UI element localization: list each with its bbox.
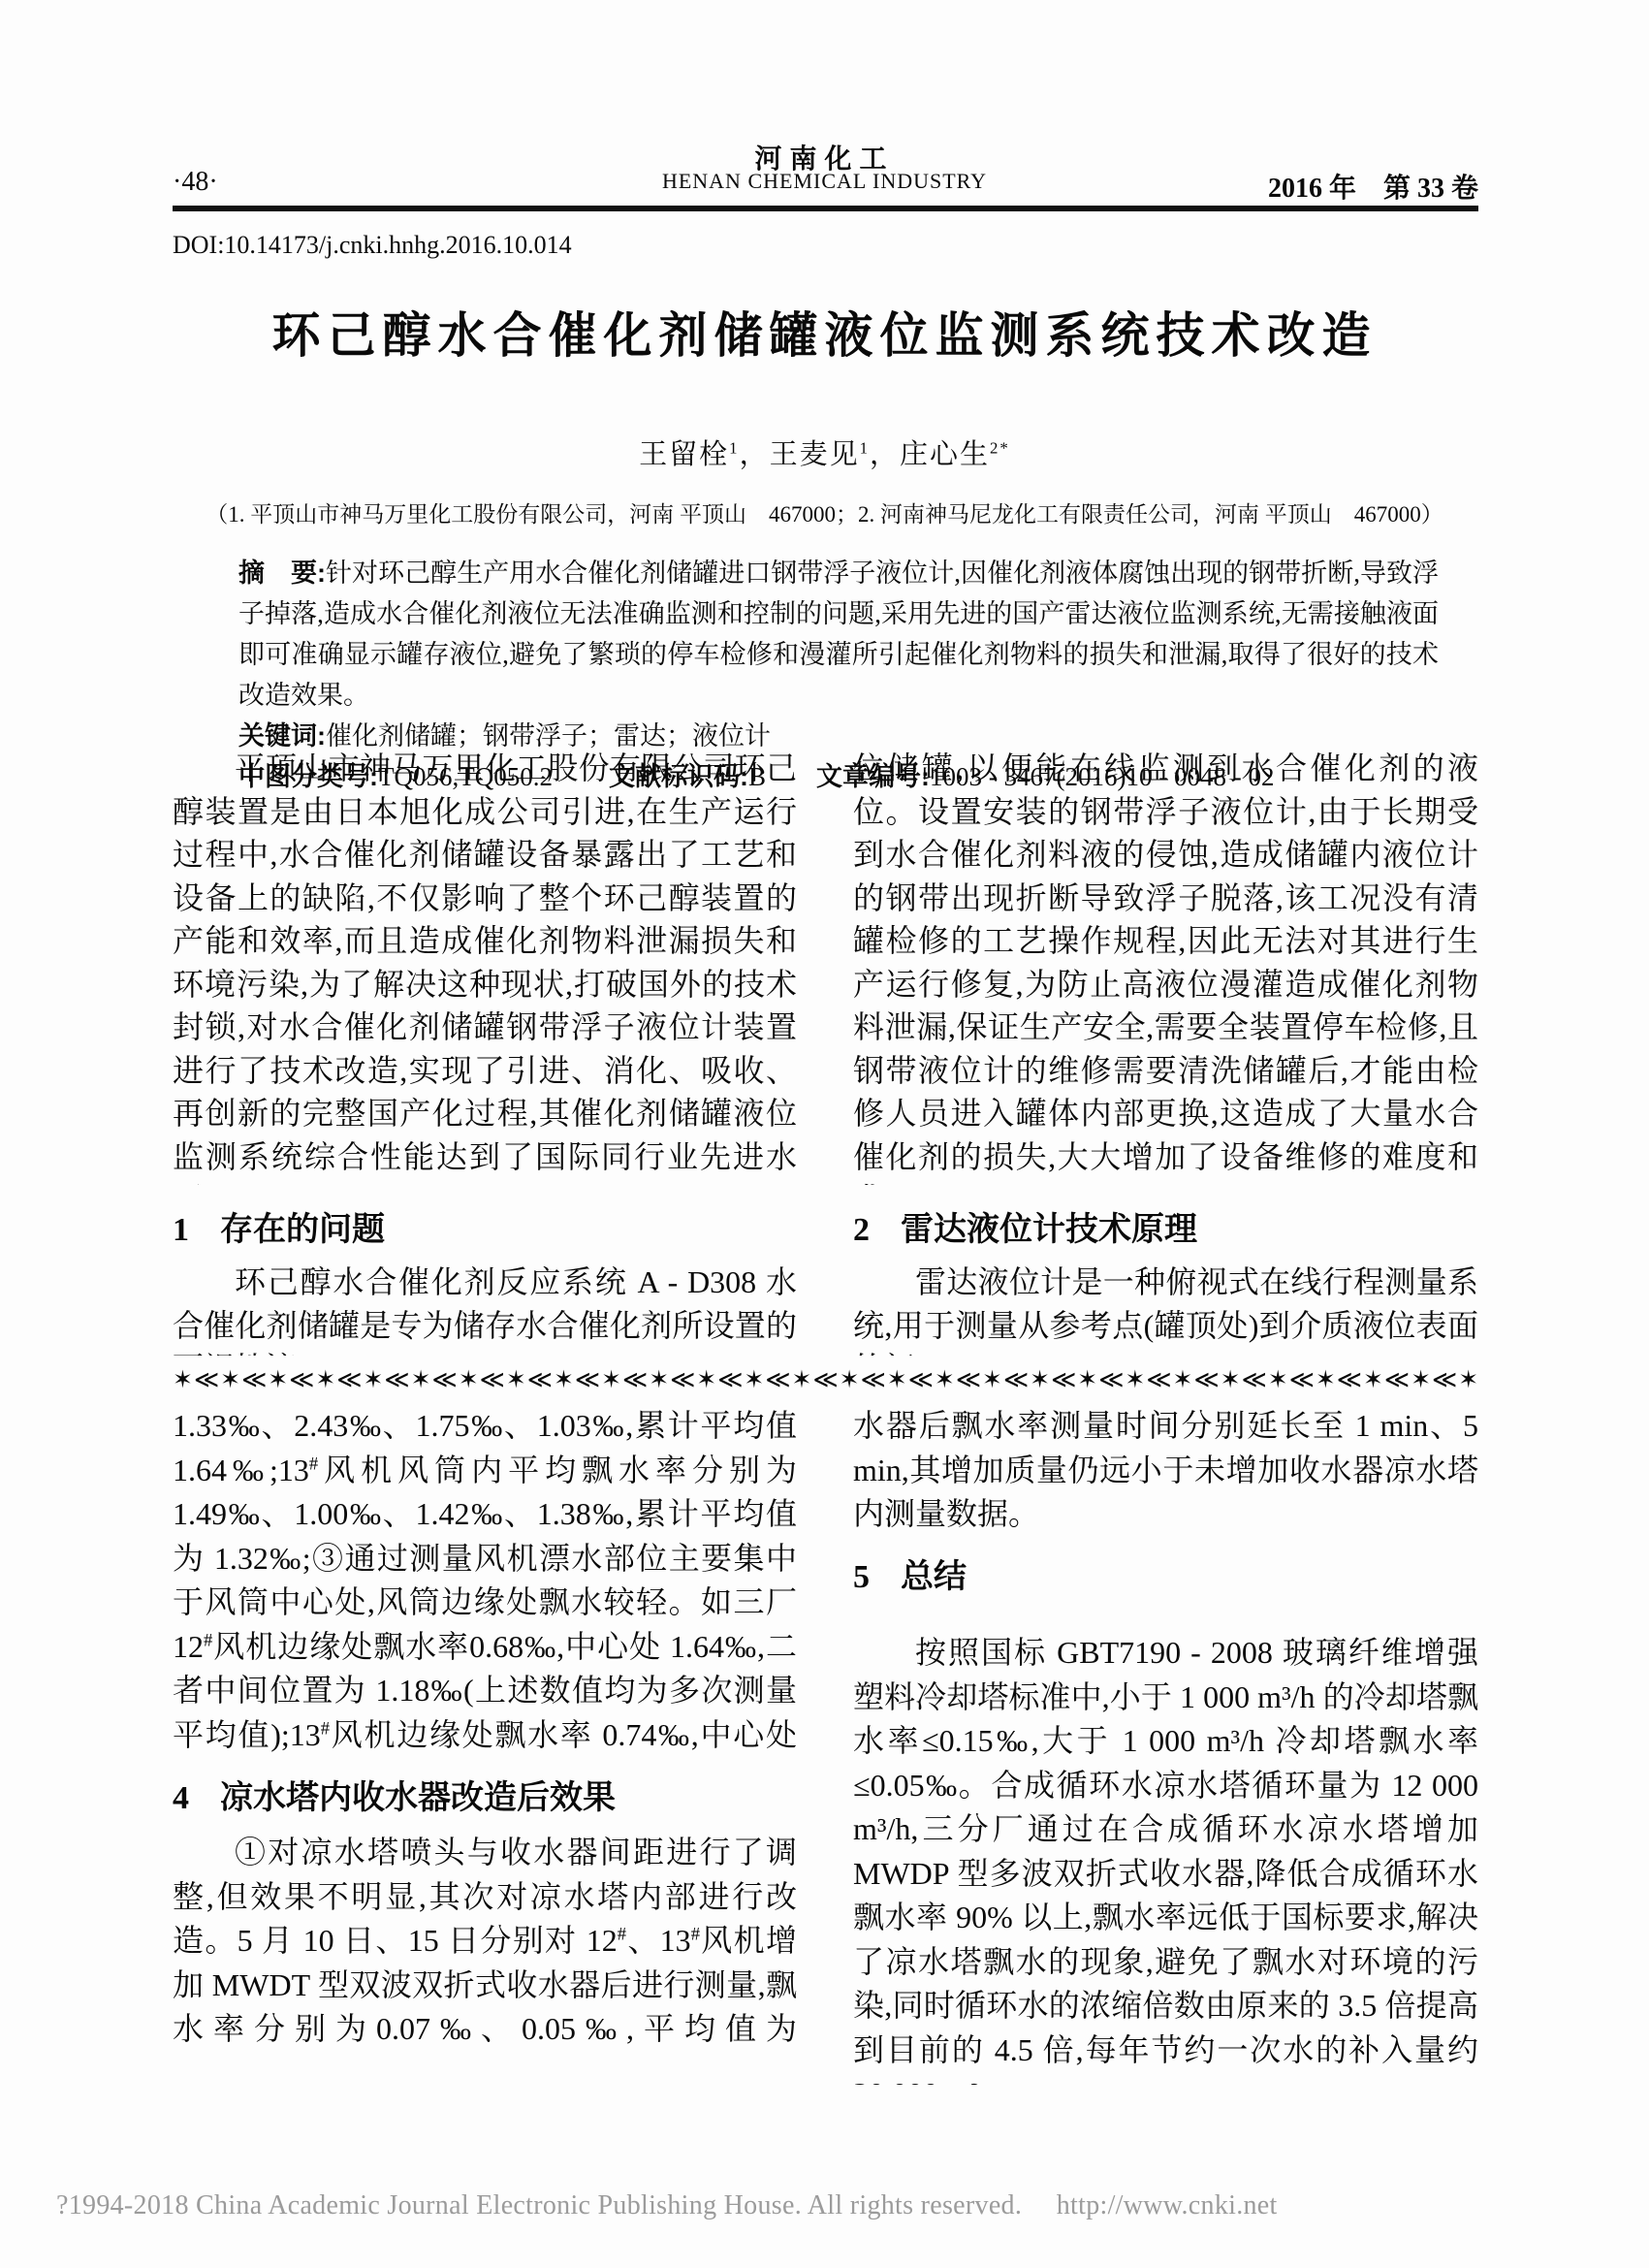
abstract-label: 摘 要: (238, 559, 326, 588)
section-2-text: 雷达液位计是一种俯视式在线行程测量系统,用于测量从参考点(罐顶处)到介质液位表面… (853, 1261, 1478, 1356)
problem-continuation-paragraph: 位储罐,以便能在线监测到水合催化剂的液位。设置安装的钢带浮子液位计,由于长期受到… (853, 747, 1478, 1185)
header-rule (173, 206, 1478, 211)
section-2-heading: 2雷达液位计技术原理 (853, 1202, 1478, 1245)
section-5-text: 按照国标 GBT7190 - 2008 玻璃纤维增强塑料冷却塔标准中,小于 1 … (853, 1631, 1478, 2085)
doi: DOI:10.14173/j.cnki.hnhg.2016.10.014 (173, 231, 572, 260)
measurement-continuation-paragraph: 水器后飘水率测量时间分别延长至 1 min、5 min,其增加质量仍远小于未增加… (853, 1404, 1478, 1542)
authors: 王留栓1，王麦见1，庄心生2* (0, 432, 1649, 472)
section-5-heading: 5总结 (853, 1549, 1478, 1592)
drift-rate-data-paragraph: 1.33‰、2.43‰、1.75‰、1.03‰,累计平均值1.64‰;13#风机… (173, 1404, 797, 1761)
intro-paragraph: 平顶山市神马万里化工股份有限公司环己醇装置是由日本旭化成公司引进,在生产运行过程… (173, 747, 797, 1185)
cnki-copyright-footer: ?1994-2018 China Academic Journal Electr… (56, 2184, 1278, 2222)
section-1-text: 环己醇水合催化剂反应系统 A - D308 水合催化剂储罐是专为储存水合催化剂所… (173, 1261, 797, 1356)
issue-volume: 2016 年 第 33 卷 (1268, 167, 1478, 206)
journal-page: ·48· 河南化工 HENAN CHEMICAL INDUSTRY 2016 年… (0, 0, 1649, 2268)
article-separator-ornament: ✶≪✶≪✶≪✶≪✶≪✶≪✶≪✶≪✶≪✶≪✶≪✶≪✶≪✶≪✶≪✶≪✶≪✶≪✶≪✶≪… (173, 1363, 1478, 1398)
abstract-text: 针对环己醇生产用水合催化剂储罐进口钢带浮子液位计,因催化剂液体腐蚀出现的钢带折断… (238, 559, 1439, 710)
abstract-paragraph: 摘 要:针对环己醇生产用水合催化剂储罐进口钢带浮子液位计,因催化剂液体腐蚀出现的… (238, 553, 1439, 716)
section-1-heading: 1存在的问题 (173, 1202, 385, 1245)
affiliation: （1. 平顶山市神马万里化工股份有限公司，河南 平顶山 467000；2. 河南… (0, 496, 1649, 528)
section-4-text: ①对凉水塔喷头与收水器间距进行了调整,但效果不明显,其次对凉水塔内部进行改造。5… (173, 1831, 797, 2058)
section-4-heading: 4凉水塔内收水器改造后效果 (173, 1771, 616, 1813)
paper-title: 环己醇水合催化剂储罐液位监测系统技术改造 (0, 297, 1649, 367)
